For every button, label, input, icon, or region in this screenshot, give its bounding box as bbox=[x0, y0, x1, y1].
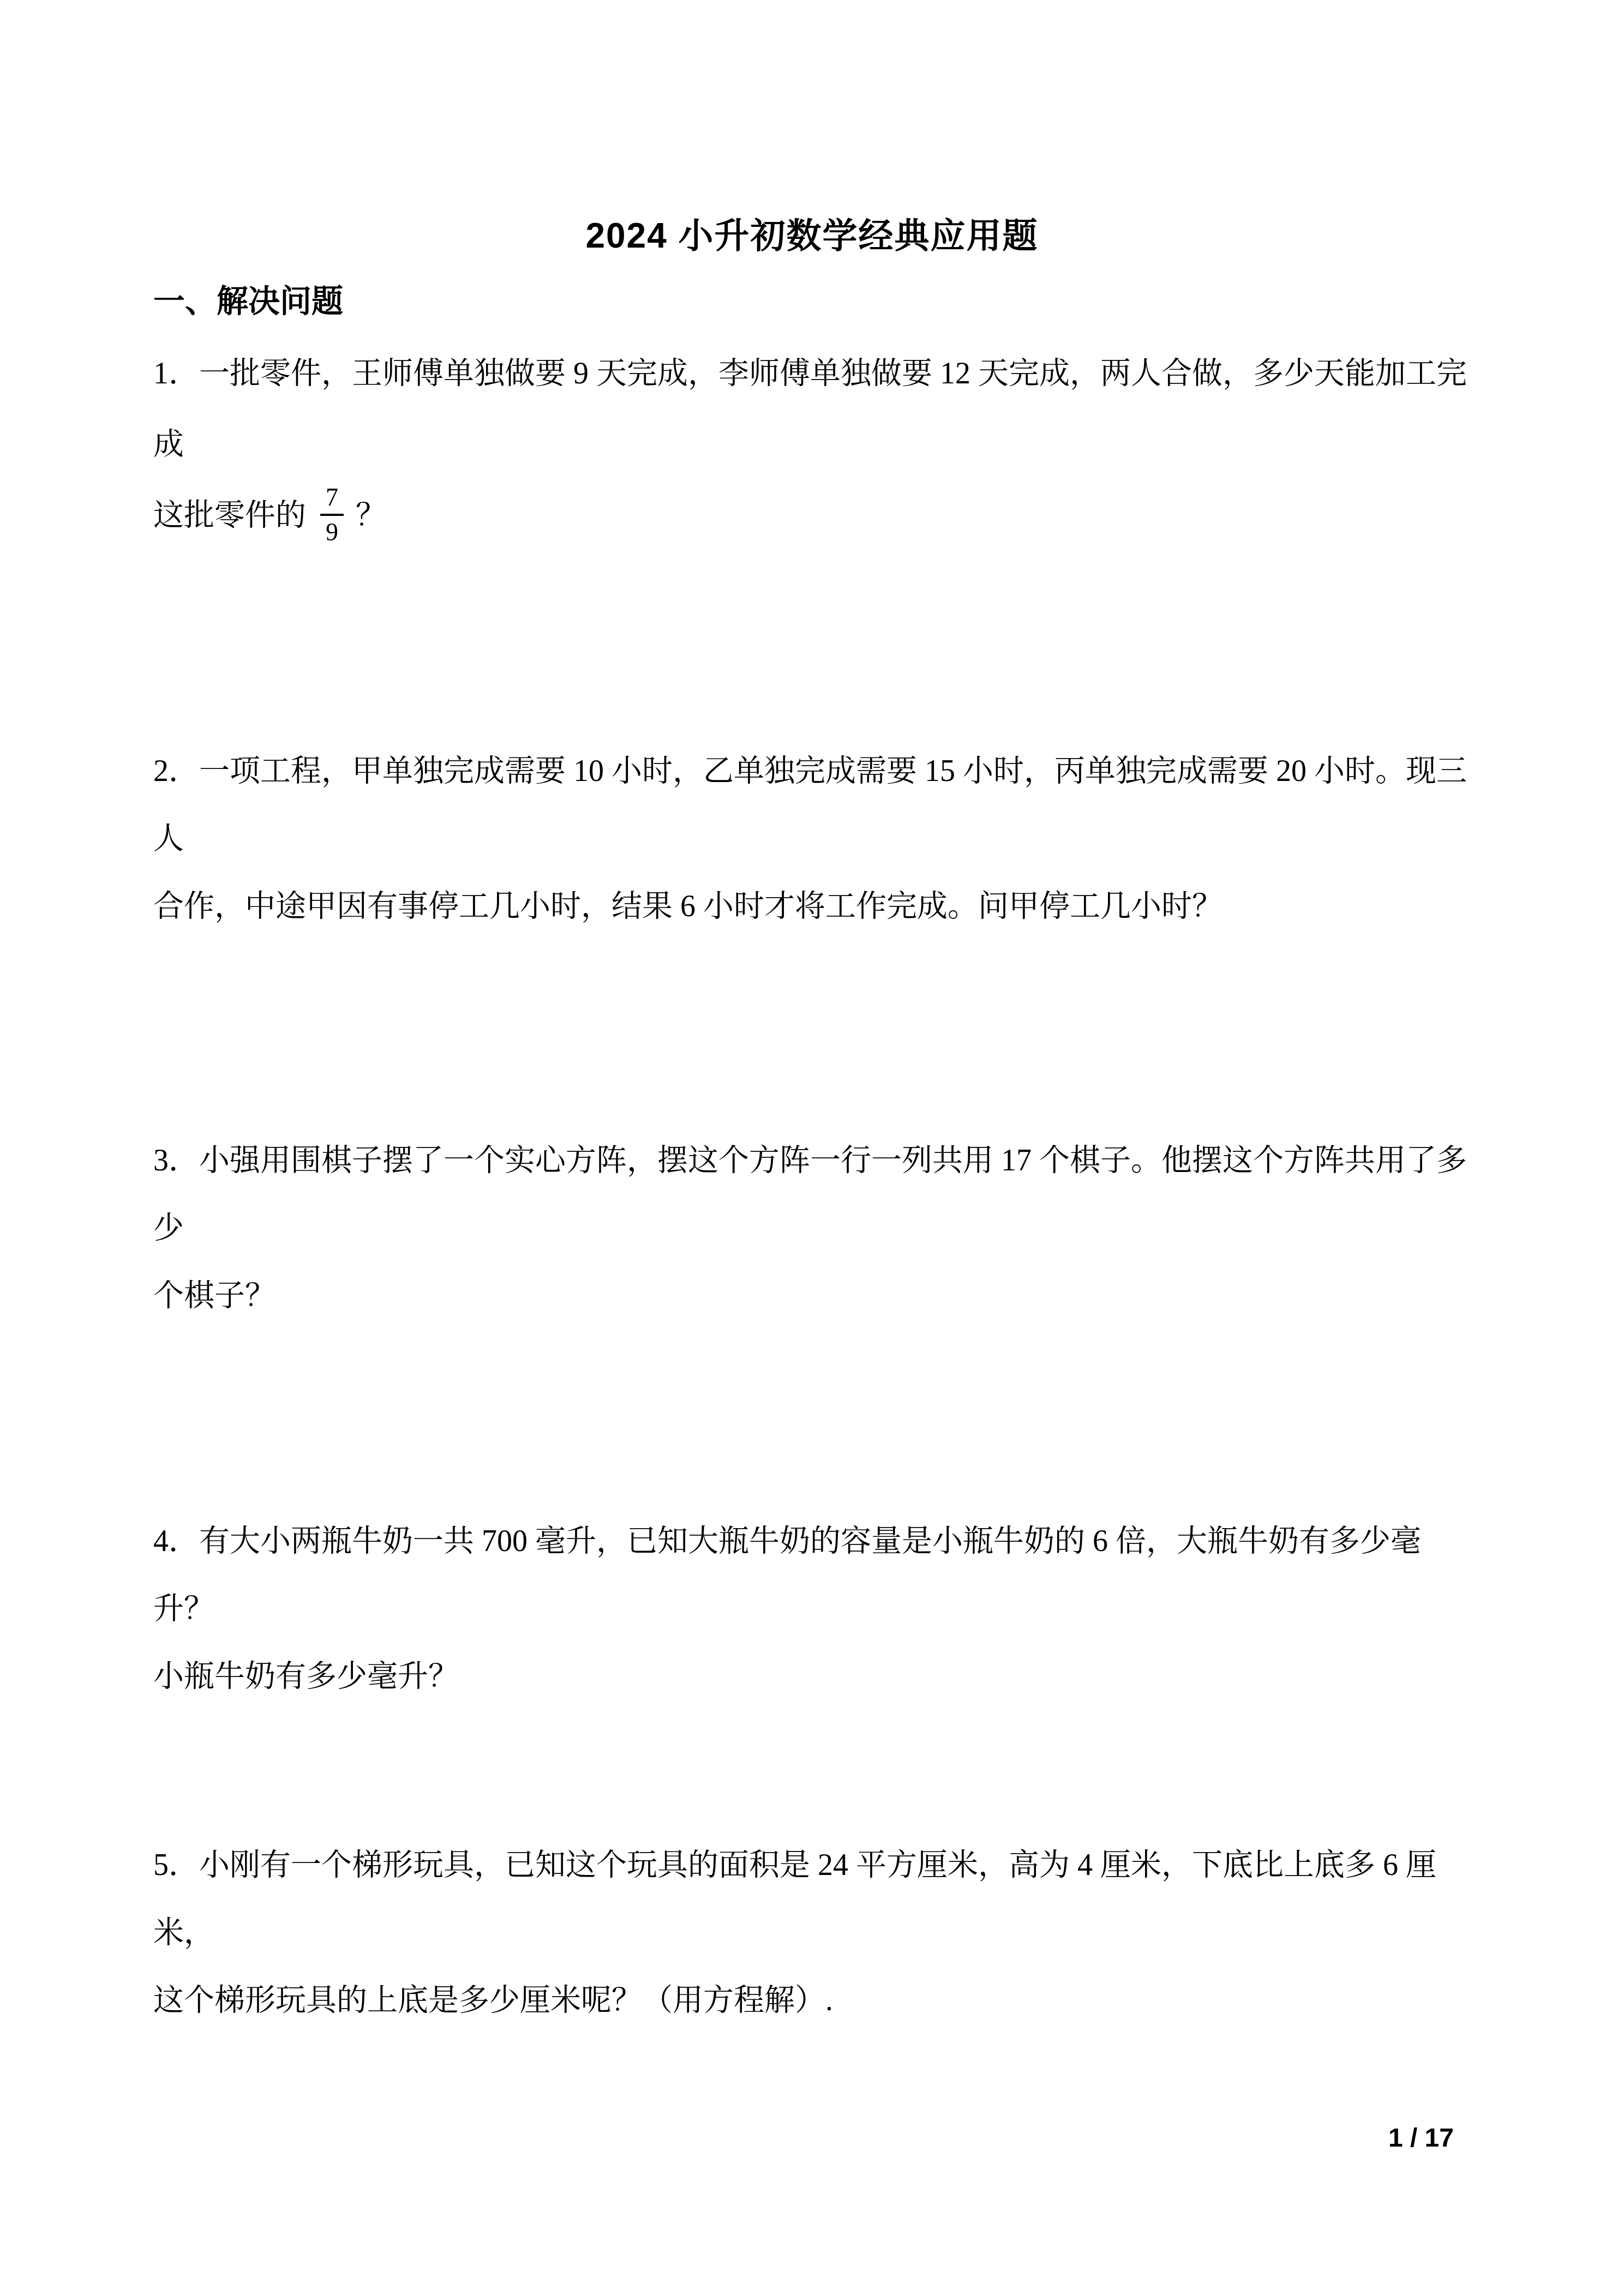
document-title: 2024 小升初数学经典应用题 bbox=[0, 214, 1624, 257]
problem-2-line-1: 2．一项工程，甲单独完成需要 10 小时，乙单独完成需要 15 小时，丙单独完成… bbox=[153, 737, 1473, 873]
problem-5-line-1: 5．小刚有一个梯形玩具，已知这个玩具的面积是 24 平方厘米，高为 4 厘米，下… bbox=[153, 1831, 1473, 1967]
problem-1-line-2: 这批零件的79？ bbox=[153, 480, 1473, 551]
section-heading: 一、解决问题 bbox=[153, 283, 343, 321]
document-page: 2024 小升初数学经典应用题 一、解决问题 1．一批零件，王师傅单独做要 9 … bbox=[0, 0, 1624, 2296]
problem-4: 4．有大小两瓶牛奶一共 700 毫升，已知大瓶牛奶的容量是小瓶牛奶的 6 倍，大… bbox=[153, 1507, 1473, 1710]
problem-3-line-2: 个棋子？ bbox=[153, 1262, 1473, 1330]
fraction-seven-ninths: 79 bbox=[320, 483, 344, 546]
problem-4-line-1: 4．有大小两瓶牛奶一共 700 毫升，已知大瓶牛奶的容量是小瓶牛奶的 6 倍，大… bbox=[153, 1507, 1473, 1643]
problem-1-line-2-text: 这批零件的 bbox=[153, 498, 306, 532]
fraction-numerator: 7 bbox=[320, 483, 344, 516]
fraction-denominator: 9 bbox=[326, 516, 338, 546]
problem-3: 3．小强用围棋子摆了一个实心方阵，摆这个方阵一行一列共用 17 个棋子。他摆这个… bbox=[153, 1127, 1473, 1330]
page-number: 1 / 17 bbox=[1388, 2123, 1454, 2154]
problem-2-line-2: 合作，中途甲因有事停工几小时，结果 6 小时才将工作完成。问甲停工几小时？ bbox=[153, 873, 1473, 940]
problem-4-line-2: 小瓶牛奶有多少毫升？ bbox=[153, 1643, 1473, 1710]
problem-1-question-mark: ？ bbox=[356, 498, 386, 532]
problem-3-line-1: 3．小强用围棋子摆了一个实心方阵，摆这个方阵一行一列共用 17 个棋子。他摆这个… bbox=[153, 1127, 1473, 1262]
problem-1: 1．一批零件，王师傅单独做要 9 天完成，李师傅单独做要 12 天完成，两人合做… bbox=[153, 338, 1473, 551]
problem-1-line-1: 1．一批零件，王师傅单独做要 9 天完成，李师傅单独做要 12 天完成，两人合做… bbox=[153, 338, 1473, 480]
problem-5-line-2: 这个梯形玩具的上底是多少厘米呢？（用方程解）. bbox=[153, 1967, 1473, 2034]
problem-5: 5．小刚有一个梯形玩具，已知这个玩具的面积是 24 平方厘米，高为 4 厘米，下… bbox=[153, 1831, 1473, 2034]
problem-2: 2．一项工程，甲单独完成需要 10 小时，乙单独完成需要 15 小时，丙单独完成… bbox=[153, 737, 1473, 940]
